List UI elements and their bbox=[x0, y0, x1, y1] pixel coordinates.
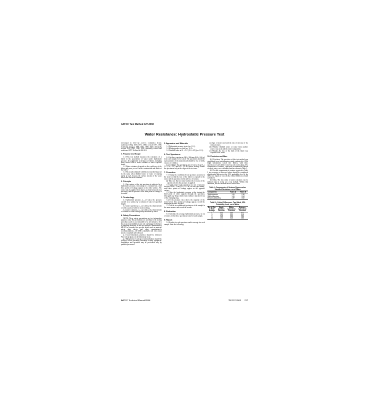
document-reference: AATCC Test Method 127-2003 bbox=[121, 123, 248, 126]
list-item: (c) Whether the face or the back of the … bbox=[207, 150, 248, 154]
page-number: 217 bbox=[244, 299, 248, 302]
footer-right-group: TM 127-2003 217 bbox=[228, 299, 248, 302]
paragraph: 8.1 Calculate the average hydrostatic pr… bbox=[164, 213, 205, 217]
paragraph: 7.2 Apply water to the specimen at a rat… bbox=[164, 184, 205, 191]
paragraph: 9.1 Results for each specimen and/or ave… bbox=[164, 222, 205, 226]
table-row: 101.043.265.86 bbox=[207, 218, 248, 220]
table-row: Between-laboratory1.873.92 bbox=[207, 197, 248, 199]
paragraph: 2.1 One surface of the test specimen is … bbox=[121, 184, 162, 195]
section-heading: 9. Report bbox=[164, 219, 205, 221]
paragraph: 10.1 Precision. The precision of this te… bbox=[207, 159, 248, 170]
section-heading: 10. Precision and Bias bbox=[207, 155, 248, 157]
paragraph: 10.2 For the components of variance repo… bbox=[207, 170, 248, 179]
paragraph: 6.1 Cut three specimens 200 × 200 mm (8.… bbox=[164, 156, 205, 163]
section-heading: 3. Terminology bbox=[121, 196, 162, 198]
table-title: Table II—Critical Differences, Two-Sided… bbox=[207, 202, 248, 206]
section-heading: 4. Safety Precautions bbox=[121, 214, 162, 216]
text-columns: Developed in 1959 by AATCC Committee RA6… bbox=[121, 142, 248, 296]
table-cell: Between-laboratory bbox=[207, 197, 228, 199]
paragraph: NOTE: These safety precautions are for i… bbox=[121, 217, 162, 233]
paragraph: Developed in 1959 by AATCC Committee RA6… bbox=[121, 142, 162, 151]
data-table: No. of Obs. in Each AverageSingle-Operat… bbox=[207, 206, 248, 220]
section-heading: 5. Apparatus and Materials bbox=[164, 143, 205, 145]
document-page: AATCC Test Method 127-2003 Water Resista… bbox=[121, 117, 248, 300]
section-heading: 6. Test Specimens bbox=[164, 153, 205, 155]
section-heading: 8. Evaluation bbox=[164, 210, 205, 212]
column-2: 5. Apparatus and Materials5.1 Hydrostati… bbox=[164, 142, 205, 296]
paragraph: 1.1 This test method measures the resist… bbox=[121, 156, 162, 165]
paragraph: 10.3 Bias. The true value of water resis… bbox=[207, 179, 248, 184]
paragraph: 4.2 Manufacturer's safety recommendation… bbox=[121, 238, 162, 245]
column-1: Developed in 1959 by AATCC Committee RA6… bbox=[121, 142, 162, 296]
column-3: (a) Type of tester used and the rate of … bbox=[207, 142, 248, 296]
section-heading: 2. Principle bbox=[121, 180, 162, 182]
table-components-of-variance: Table I—Components of Variance Expressed… bbox=[207, 187, 248, 200]
table-cell: 10 bbox=[207, 218, 216, 220]
table-critical-differences: Table II—Critical Differences, Two-Sided… bbox=[207, 202, 248, 220]
table-cell: 3.26 bbox=[226, 218, 237, 220]
table-cell: 5.86 bbox=[237, 218, 248, 220]
table-cell: 1.04 bbox=[217, 218, 227, 220]
paragraph: 1.3 The results obtained with this test … bbox=[121, 171, 162, 178]
table-header-cell: Single-Operator Precision bbox=[217, 206, 227, 212]
footer-manual-label: AATCC Technical Manual/2004 bbox=[121, 299, 150, 302]
section-heading: 7. Procedure bbox=[164, 171, 205, 173]
table-title: Table I—Components of Variance Expressed… bbox=[207, 187, 248, 191]
paragraph: 6.2 Condition the specimens for at least… bbox=[164, 164, 205, 169]
paragraph: 7.5 Test the two additional specimens of… bbox=[164, 205, 205, 209]
page-footer: AATCC Technical Manual/2004 TM 127-2003 … bbox=[121, 299, 248, 302]
table-cell: 1.87 bbox=[228, 197, 238, 199]
footer-method-label: TM 127-2003 bbox=[228, 299, 241, 302]
paragraph: 5.3 Distilled water at 21 ± 2°C (70 ± 4°… bbox=[164, 150, 205, 152]
page-title: Water Resistance: Hydrostatic Pressure T… bbox=[121, 132, 248, 137]
table-cell: 3.92 bbox=[238, 197, 248, 199]
data-table: ComponentsFabric AFabric BSingle-operato… bbox=[207, 191, 248, 200]
paragraph: 3.3 water resistance, n.—in textiles, th… bbox=[121, 209, 162, 213]
paragraph: 7.3 Note the hydrostatic pressure at the… bbox=[164, 192, 205, 199]
section-heading: 1. Purpose and Scope bbox=[121, 153, 162, 155]
